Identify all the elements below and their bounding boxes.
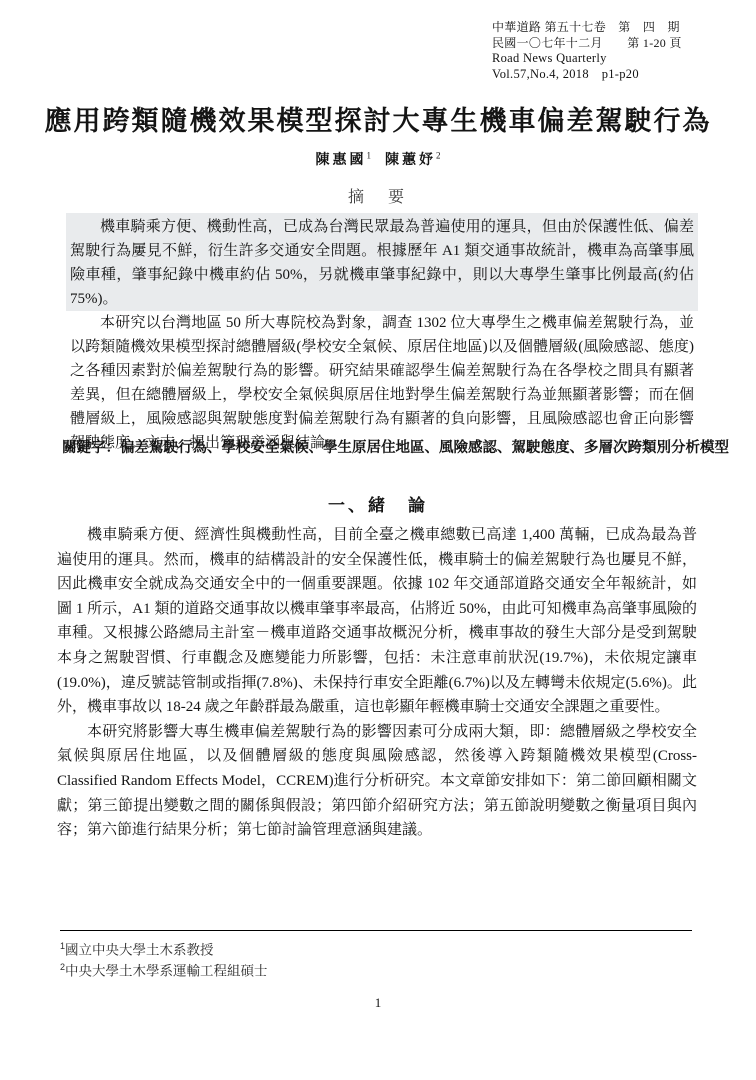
abstract-paragraph-1: 機車騎乘方便、機動性高，已成為台灣民眾最為普遍使用的運具，但由於保護性低、偏差駕… xyxy=(70,215,694,311)
page-number: 1 xyxy=(0,995,756,1011)
author-list: 陳惠國1陳蕙妤2 xyxy=(0,149,756,169)
author-2-name: 陳蕙妤 xyxy=(385,153,436,168)
journal-header-line-vol-en: Vol.57,No.4, 2018 p1-p20 xyxy=(492,67,732,83)
section-1-heading: 一、緒 論 xyxy=(0,491,756,516)
journal-header-line-name-en: Road News Quarterly xyxy=(492,51,732,67)
footnote-1: 1國立中央大學土木系教授 xyxy=(60,938,692,959)
paper-page: 中華道路 第五十七卷 第 四 期 民國一〇七年十二月 第 1-20 頁 Road… xyxy=(0,0,756,1080)
author-1-affiliation-sup: 1 xyxy=(367,150,372,160)
author-1: 陳惠國1 xyxy=(316,153,372,168)
author-2-affiliation-sup: 2 xyxy=(436,150,441,160)
abstract-heading: 摘 要 xyxy=(0,184,756,207)
footnote-2-text: 中央大學土木學系運輸工程組碩士 xyxy=(65,963,268,978)
paper-title: 應用跨類隨機效果模型探討大專生機車偏差駕駛行為 xyxy=(30,99,726,138)
journal-header-line-date-pages: 民國一〇七年十二月 第 1-20 頁 xyxy=(492,36,732,52)
author-1-name: 陳惠國 xyxy=(316,153,367,168)
journal-header: 中華道路 第五十七卷 第 四 期 民國一〇七年十二月 第 1-20 頁 Road… xyxy=(492,20,732,82)
section-1-paragraph-2: 本研究將影響大專生機車偏差駕駛行為的影響因素可分成兩大類，即：總體層級之學校安全… xyxy=(57,720,697,843)
footnote-divider-rule xyxy=(60,930,692,931)
abstract-block: 機車騎乘方便、機動性高，已成為台灣民眾最為普遍使用的運具，但由於保護性低、偏差駕… xyxy=(70,215,694,455)
journal-header-line-volume: 中華道路 第五十七卷 第 四 期 xyxy=(492,20,732,36)
abstract-paragraph-2: 本研究以台灣地區 50 所大專院校為對象，調查 1302 位大專學生之機車偏差駕… xyxy=(70,311,694,455)
section-1-body: 機車騎乘方便、經濟性與機動性高，目前全臺之機車總數已高達 1,400 萬輛，已成… xyxy=(57,523,697,843)
author-2: 陳蕙妤2 xyxy=(385,153,441,168)
section-1-paragraph-1: 機車騎乘方便、經濟性與機動性高，目前全臺之機車總數已高達 1,400 萬輛，已成… xyxy=(57,523,697,720)
footnote-2: 2中央大學土木學系運輸工程組碩士 xyxy=(60,959,692,980)
footnote-1-text: 國立中央大學土木系教授 xyxy=(65,943,214,958)
footnote-area: 1國立中央大學土木系教授 2中央大學土木學系運輸工程組碩士 xyxy=(60,930,692,979)
